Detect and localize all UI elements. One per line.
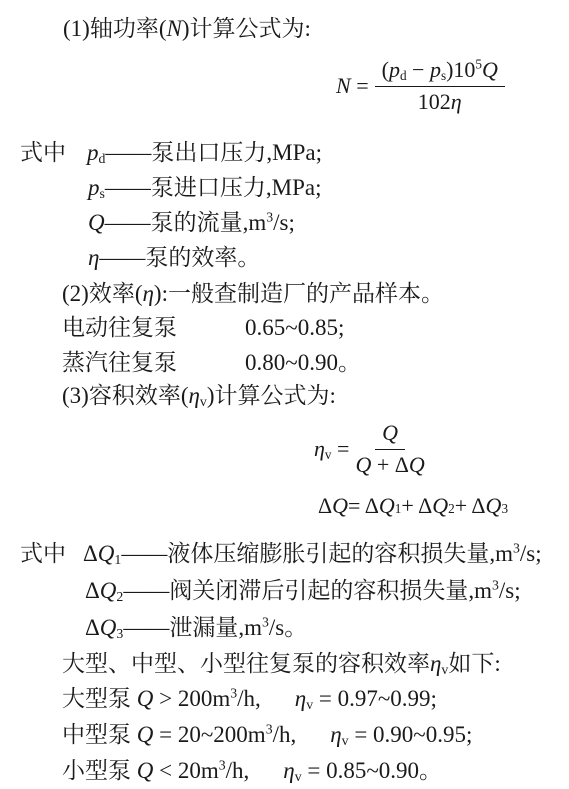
efficiency-range: 0.80~0.90。 — [245, 348, 361, 378]
def-row-dq1: 式中 ΔQ1 ——液体压缩膨胀引起的容积损失量,m3/s; — [20, 539, 542, 569]
def-var: ΔQ3 — [85, 613, 123, 643]
efficiency-row-steam: 蒸汽往复泵 0.80~0.90。 — [62, 348, 361, 378]
fraction-denominator: Q + ΔQ — [355, 450, 424, 478]
def-var: pd — [87, 138, 105, 168]
size-result: ηv = 0.97~0.99; — [295, 684, 437, 714]
def-desc: ——泵出口压力,MPa; — [105, 138, 322, 168]
volumetric-efficiency-formula: ηv = Q Q + ΔQ — [314, 420, 425, 478]
formula-lhs: ηv = — [314, 436, 349, 462]
efficiency-range: 0.65~0.85; — [245, 313, 344, 343]
def-row-dq3: ΔQ3 ——泄漏量,m3/s。 — [85, 613, 307, 643]
shaft-power-formula: N = (pd − ps)105Q 102η — [336, 57, 505, 115]
size-condition: 中型泵 Q = 20~200m3/h, — [62, 720, 296, 750]
def-var: Q — [88, 208, 105, 238]
def-desc: ——液体压缩膨胀引起的容积损失量,m3/s; — [121, 539, 541, 569]
def-var: ΔQ1 — [83, 539, 121, 569]
def-var: η — [88, 243, 99, 273]
size-row-large: 大型泵 Q > 200m3/h, ηv = 0.97~0.99; — [62, 684, 437, 714]
size-note-line: 大型、中型、小型往复泵的容积效率 ηv 如下: — [62, 649, 501, 679]
size-row-small: 小型泵 Q < 20m3/h, ηv = 0.85~0.90。 — [62, 756, 442, 786]
def-desc: ——泵进口压力,MPa; — [105, 173, 322, 203]
efficiency-row-electric: 电动往复泵 0.65~0.85; — [62, 313, 344, 343]
item1-heading: (1)轴功率(N)计算公式为: — [63, 14, 311, 44]
item2-heading: (2)效率(η):一般查制造厂的产品样本。 — [62, 279, 444, 309]
fraction-numerator: Q — [375, 420, 405, 450]
pump-type-label: 蒸汽往复泵 — [62, 348, 245, 378]
pump-type-label: 电动往复泵 — [62, 313, 245, 343]
formula-lhs: N = — [336, 73, 369, 99]
item3-heading: (3)容积效率(ηv)计算公式为: — [62, 381, 336, 411]
def-var: ΔQ2 — [85, 576, 123, 606]
size-condition: 小型泵 Q < 20m3/h, — [62, 756, 249, 786]
fraction-denominator: 102η — [418, 87, 462, 115]
def-row-eta: η ——泵的效率。 — [88, 243, 260, 273]
def-row-ps: ps ——泵进口压力,MPa; — [88, 173, 321, 203]
delta-q-sum-formula: ΔQ = ΔQ1 + ΔQ2 + ΔQ3 — [318, 493, 508, 519]
def-desc: ——阀关闭滞后引起的容积损失量,m3/s; — [123, 576, 520, 606]
fraction: (pd − ps)105Q 102η — [375, 57, 505, 115]
def-row-dq2: ΔQ2 ——阀关闭滞后引起的容积损失量,m3/s; — [85, 576, 521, 606]
def-var: ps — [88, 173, 105, 203]
size-condition: 大型泵 Q > 200m3/h, — [62, 684, 261, 714]
size-result: ηv = 0.85~0.90。 — [283, 756, 442, 786]
def-desc: ——泄漏量,m3/s。 — [123, 613, 307, 643]
size-result: ηv = 0.90~0.95; — [330, 720, 472, 750]
fraction: Q Q + ΔQ — [355, 420, 424, 478]
def-desc: ——泵的流量,m3/s; — [105, 208, 295, 238]
fraction-numerator: (pd − ps)105Q — [375, 57, 505, 87]
size-row-medium: 中型泵 Q = 20~200m3/h, ηv = 0.90~0.95; — [62, 720, 472, 750]
document-page: (1)轴功率(N)计算公式为: N = (pd − ps)105Q 102η 式… — [0, 0, 569, 789]
def-desc: ——泵的效率。 — [99, 243, 260, 273]
where-label: 式中 — [20, 539, 66, 569]
where-label: 式中 — [20, 138, 66, 168]
def-row-pd: 式中 pd ——泵出口压力,MPa; — [20, 138, 322, 168]
def-row-q: Q ——泵的流量,m3/s; — [88, 208, 295, 238]
